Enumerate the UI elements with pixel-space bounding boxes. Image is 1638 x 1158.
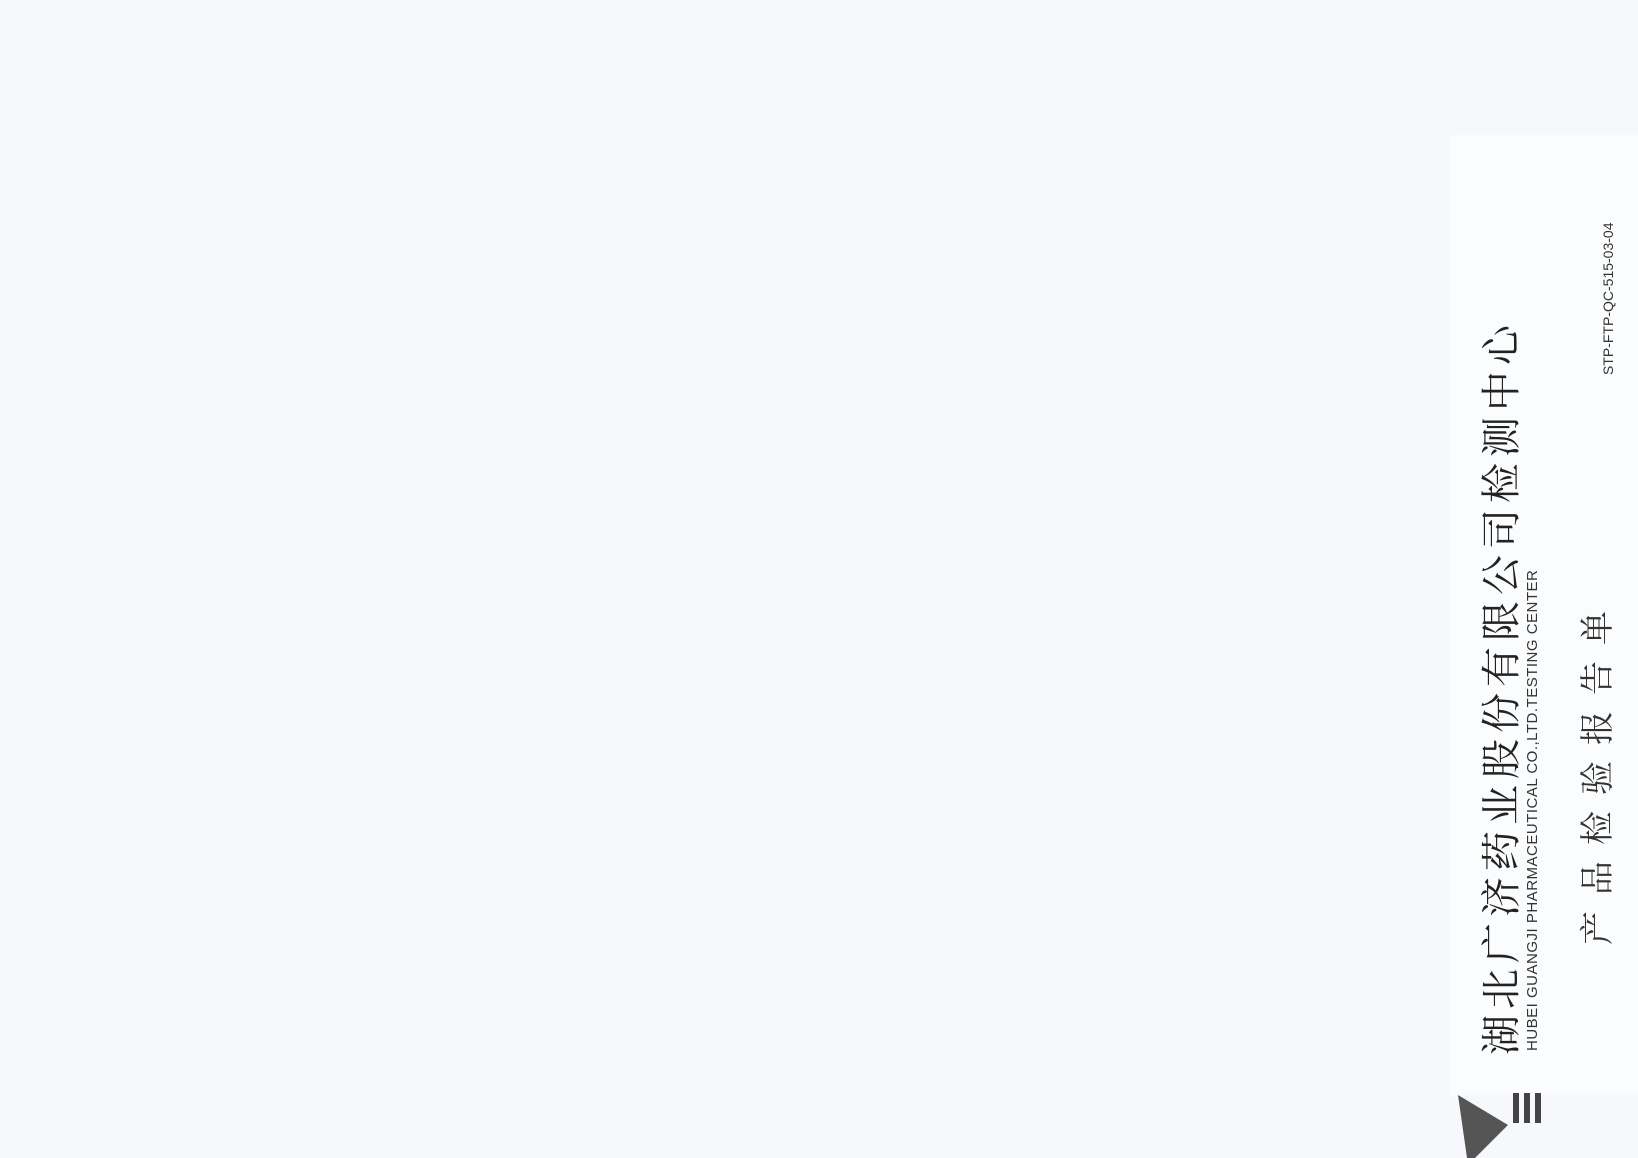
company-name-cn: 湖北广济药业股份有限公司检测中心 <box>1470 319 1527 1055</box>
report-header: 湖北广济药业股份有限公司检测中心 HUBEI GUANGJI PHARMACEU… <box>1450 135 1610 1095</box>
form-code: STP-FTP-QC-515-03-04 <box>1600 223 1616 375</box>
company-logo-icon <box>1458 1085 1548 1158</box>
company-name-en: HUBEI GUANGJI PHARMACEUTICAL CO.,LTD.TES… <box>1524 570 1541 1051</box>
inspection-report-document: 湖北广济药业股份有限公司检测中心 HUBEI GUANGJI PHARMACEU… <box>1450 135 1638 1095</box>
document-title: 产品检验报告单 <box>1570 595 1619 945</box>
